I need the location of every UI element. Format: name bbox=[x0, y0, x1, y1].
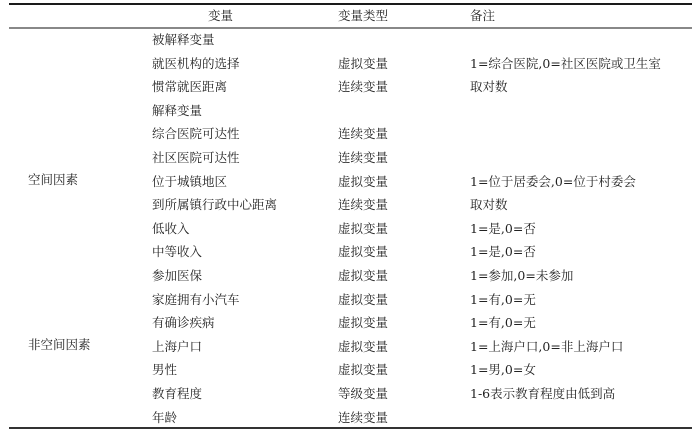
cell-variable: 教育程度 bbox=[152, 386, 202, 402]
cell-type: 连续变量 bbox=[338, 410, 388, 426]
cell-note: 1=是,0=否 bbox=[470, 244, 536, 260]
cell-type: 连续变量 bbox=[338, 126, 388, 142]
cell-variable: 低收入 bbox=[152, 221, 190, 237]
cell-note: 1=是,0=否 bbox=[470, 221, 536, 237]
top-rule bbox=[9, 3, 692, 5]
bottom-rule bbox=[9, 427, 692, 429]
cell-note: 1-6表示教育程度由低到高 bbox=[470, 386, 615, 402]
cell-variable: 男性 bbox=[152, 362, 177, 378]
cell-note: 1=男,0=女 bbox=[470, 362, 536, 378]
cell-variable: 有确诊疾病 bbox=[152, 315, 215, 331]
cell-note: 取对数 bbox=[470, 197, 508, 213]
cell-variable: 参加医保 bbox=[152, 268, 202, 284]
header-rule bbox=[9, 27, 692, 29]
cell-note: 1=位于居委会,0=位于村委会 bbox=[470, 174, 636, 190]
cell-type: 连续变量 bbox=[338, 197, 388, 213]
cell-variable: 家庭拥有小汽车 bbox=[152, 292, 240, 308]
cell-type: 虚拟变量 bbox=[338, 244, 388, 260]
cell-variable: 上海户口 bbox=[152, 339, 202, 355]
cell-type: 连续变量 bbox=[338, 79, 388, 95]
header-type: 变量类型 bbox=[338, 8, 388, 24]
header-variable: 变量 bbox=[208, 8, 233, 24]
cell-note: 1=有,0=无 bbox=[470, 292, 536, 308]
cell-variable: 到所属镇行政中心距离 bbox=[152, 197, 277, 213]
cell-note: 1=参加,0=未参加 bbox=[470, 268, 573, 284]
cell-type: 虚拟变量 bbox=[338, 315, 388, 331]
cell-note: 1=综合医院,0=社区医院或卫生室 bbox=[470, 56, 661, 72]
header-note: 备注 bbox=[470, 8, 495, 24]
cell-type: 虚拟变量 bbox=[338, 221, 388, 237]
cell-type: 虚拟变量 bbox=[338, 268, 388, 284]
cell-type: 虚拟变量 bbox=[338, 174, 388, 190]
cell-note: 1=有,0=无 bbox=[470, 315, 536, 331]
cell-note: 取对数 bbox=[470, 79, 508, 95]
cell-variable: 惯常就医距离 bbox=[152, 79, 227, 95]
cell-type: 虚拟变量 bbox=[338, 339, 388, 355]
cell-type: 等级变量 bbox=[338, 386, 388, 402]
group-label: 非空间因素 bbox=[28, 337, 91, 353]
cell-type: 虚拟变量 bbox=[338, 56, 388, 72]
cell-variable: 就医机构的选择 bbox=[152, 56, 240, 72]
cell-type: 虚拟变量 bbox=[338, 292, 388, 308]
cell-note: 1=上海户口,0=非上海户口 bbox=[470, 339, 623, 355]
cell-variable: 解释变量 bbox=[152, 103, 202, 119]
cell-type: 连续变量 bbox=[338, 150, 388, 166]
cell-variable: 年龄 bbox=[152, 410, 177, 426]
cell-variable: 综合医院可达性 bbox=[152, 126, 240, 142]
cell-variable: 中等收入 bbox=[152, 244, 202, 260]
cell-variable: 社区医院可达性 bbox=[152, 150, 240, 166]
cell-variable: 被解释变量 bbox=[152, 32, 215, 48]
group-label: 空间因素 bbox=[28, 172, 78, 188]
cell-variable: 位于城镇地区 bbox=[152, 174, 227, 190]
cell-type: 虚拟变量 bbox=[338, 362, 388, 378]
